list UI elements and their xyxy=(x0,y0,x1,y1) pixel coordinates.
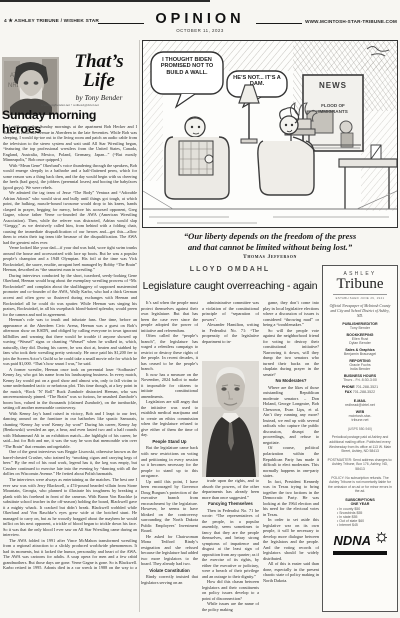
issue-date: OCTOBER 11, 2023 xyxy=(140,28,260,33)
masthead-info-box: ASHLEY Tribune ESTABLISHED JUNE 29, 1941… xyxy=(322,265,398,612)
usps-number: (USPS 550-940) xyxy=(327,427,393,431)
bender-article-body: I still remember Sunday mornings at the … xyxy=(3,124,137,570)
article-paragraph: Often called the “people’s branch”, the … xyxy=(141,333,198,372)
article-paragraph: Heenan’s role was to insult and infuriat… xyxy=(3,317,137,367)
website-url: WWW.MCINTOSH-STAR-TRIBUNE.COM xyxy=(305,19,397,24)
bookkeeper-name: Dylan Bender xyxy=(327,341,393,345)
article-paragraph: trude upon the rights, and to absorb the… xyxy=(202,478,259,500)
omdahl-column-1: It’s sad when the people must protect th… xyxy=(141,300,198,612)
pull-quote: “Our liberty depends on the freedom of t… xyxy=(142,231,398,252)
fax-number: 701-288-3522 xyxy=(353,390,375,394)
article-paragraph: Fancying Themselves xyxy=(202,501,259,507)
official-newspaper-statement: Official Newspaper of McIntosh County an… xyxy=(327,304,393,319)
article-paragraph: It now has a measure on the November, 20… xyxy=(141,372,198,400)
lloyd-omdahl-photo xyxy=(202,361,259,477)
ndna-gear-icon xyxy=(376,532,387,543)
article-paragraph: Of course, political polarization within… xyxy=(263,445,319,478)
omdahl-headline: Legislature caught overreaching - again xyxy=(140,281,320,292)
article-paragraph: Up until this point, I have been encoura… xyxy=(141,479,198,534)
divider xyxy=(98,23,144,24)
subscription-rate-item: • Internet $45 xyxy=(337,523,393,527)
article-paragraph: The interviews were always as entertaini… xyxy=(3,477,137,538)
masthead-established: ESTABLISHED JUNE 29, 1941 xyxy=(333,294,387,300)
pull-quote-line2: and that cannot be limited without being… xyxy=(142,242,398,253)
subscription-rates: • In county $50• Snowbirds $55• In state… xyxy=(327,507,393,527)
speech-bubble-1-text: I THOUGHT BIDEN PROMISED NOT TO BUILD A … xyxy=(155,57,219,76)
article-paragraph: We admired the tag team of Jesse “The Bo… xyxy=(3,190,137,245)
fax-line: FAX 701-288-3522 xyxy=(327,390,393,394)
speech-bubble-2-text: HE’S NOT... IT’S A DAM. xyxy=(231,75,283,88)
article-paragraph: One of the great interviews was Reggie L… xyxy=(3,449,137,477)
publisher-name: Tony Bender xyxy=(327,326,393,330)
article-paragraph: But the legislature came back with new r… xyxy=(141,445,198,478)
page-number-masthead: 4 ★ ASHLEY TRIBUNE / WISHEK STAR xyxy=(4,19,99,24)
pull-quote-attribution: Thomas Jefferson xyxy=(142,254,398,260)
subscriptions-term: ONE YEAR xyxy=(327,502,393,506)
article-paragraph: The AWA folded in 1991 after Vince McMah… xyxy=(3,538,137,570)
email-address: redhead@drtel.net xyxy=(327,403,393,407)
article-paragraph: Legislators are still angry that the ini… xyxy=(141,399,198,438)
article-paragraph: game, they don’t come into play in local… xyxy=(263,300,319,328)
fax-label: FAX xyxy=(345,390,352,394)
article-paragraph: In order to set aside this legislative w… xyxy=(263,517,319,561)
divider xyxy=(256,23,302,24)
tv-news-banner: NEWS xyxy=(309,81,357,90)
article-paragraph: Rindy correctly insisted that legislator… xyxy=(141,574,198,585)
article-paragraph: No Moderates? xyxy=(263,378,319,384)
phone-line: PHONE 701-288-3521 xyxy=(327,385,393,389)
sales-name: Benjamin Braunagel xyxy=(327,352,393,356)
article-paragraph: I still remember Sunday mornings at the … xyxy=(3,124,137,163)
column-title: That’s Life xyxy=(60,52,138,90)
scan-edge-artifact xyxy=(0,0,210,2)
column-title-line1: That’s xyxy=(60,52,138,71)
article-paragraph: Verne looked like your dad—if your dad w… xyxy=(3,245,137,273)
article-paragraph: A former wrestler, Heenan once took on p… xyxy=(3,367,137,411)
phone-number: 701-288-3521 xyxy=(356,385,378,389)
omdahl-column-3: game, they don’t come into play in local… xyxy=(263,300,319,612)
article-paragraph: administrative committee was a violation… xyxy=(202,300,259,322)
article-paragraph: All of this is easier said than done, es… xyxy=(263,561,319,583)
ndna-logo: NDNA xyxy=(327,532,393,555)
article-paragraph: While issues are the name of the policy … xyxy=(202,601,259,612)
pull-quote-line1: “Our liberty depends on the freedom of t… xyxy=(142,231,398,242)
postage-statement: Periodical postage paid at Ashley and ad… xyxy=(327,435,393,453)
column-contact-line: www.tonybender.net • redhead@drtel.net xyxy=(2,103,138,107)
omdahl-author-name: LLOYD OMDAHL xyxy=(142,266,318,273)
article-paragraph: It’s sad when the people must protect th… xyxy=(141,300,198,333)
article-paragraph: During interviews conducted by the short… xyxy=(3,273,137,317)
omdahl-column-2: administrative committee was a violation… xyxy=(202,300,259,612)
postmaster-statement: POSTMASTER: Send address changes to: Ash… xyxy=(327,458,393,472)
phone-label: PHONE xyxy=(342,385,355,389)
column-divider xyxy=(139,40,140,612)
article-paragraph: Then in Federalist No. 71 he wrote: “The… xyxy=(202,508,259,580)
article-paragraph: How did this chasm between legislators a… xyxy=(202,579,259,601)
article-paragraph: Where are the likes of those outstanding… xyxy=(263,385,319,446)
article-paragraph: Alexander Hamilton, writing in Federalis… xyxy=(202,322,259,344)
article-paragraph: People Stand Up xyxy=(141,439,198,445)
article-paragraph: In fact, President Kennedy was in Texas … xyxy=(263,479,319,518)
article-paragraph: With “Mean Gene” Okerlund’s voice thunde… xyxy=(3,163,137,191)
article-paragraph: Violate Constitution xyxy=(141,568,198,574)
column-title-line2: Life xyxy=(60,71,138,90)
newspaper-page: 4 ★ ASHLEY TRIBUNE / WISHEK STAR OPINION… xyxy=(0,0,400,618)
omdahl-column-2-top: administrative committee was a violation… xyxy=(202,300,259,360)
web-address: tribune.net xyxy=(327,418,393,422)
policy-statement: POLICY: No subscription refunds. The Ash… xyxy=(327,476,393,494)
omdahl-column-2-bottom: trude upon the rights, and to absorb the… xyxy=(202,478,259,612)
reporter-name: India Bender xyxy=(327,367,393,371)
masthead-paper-name: Tribune xyxy=(327,277,393,292)
article-paragraph: With Kenny Jay’s hand raised in victory,… xyxy=(3,411,137,450)
business-hours: Thurs - Fri. 8:30-3:00 xyxy=(327,378,393,382)
ndna-logo-text: NDNA xyxy=(333,534,371,547)
column-byline: by Tony Bender xyxy=(60,93,138,102)
editorial-cartoon: I THOUGHT BIDEN PROMISED NOT TO BUILD A … xyxy=(142,40,398,228)
article-paragraph: So will the people vote against the neig… xyxy=(263,328,319,378)
ndna-logo-bar xyxy=(333,551,387,555)
tv-headline-text: FLOOD OF IMMIGRANTS xyxy=(309,103,357,114)
article-paragraph: He asked for Chairwoman Mona Tedford Rin… xyxy=(141,534,198,567)
section-title: OPINION xyxy=(140,11,260,27)
